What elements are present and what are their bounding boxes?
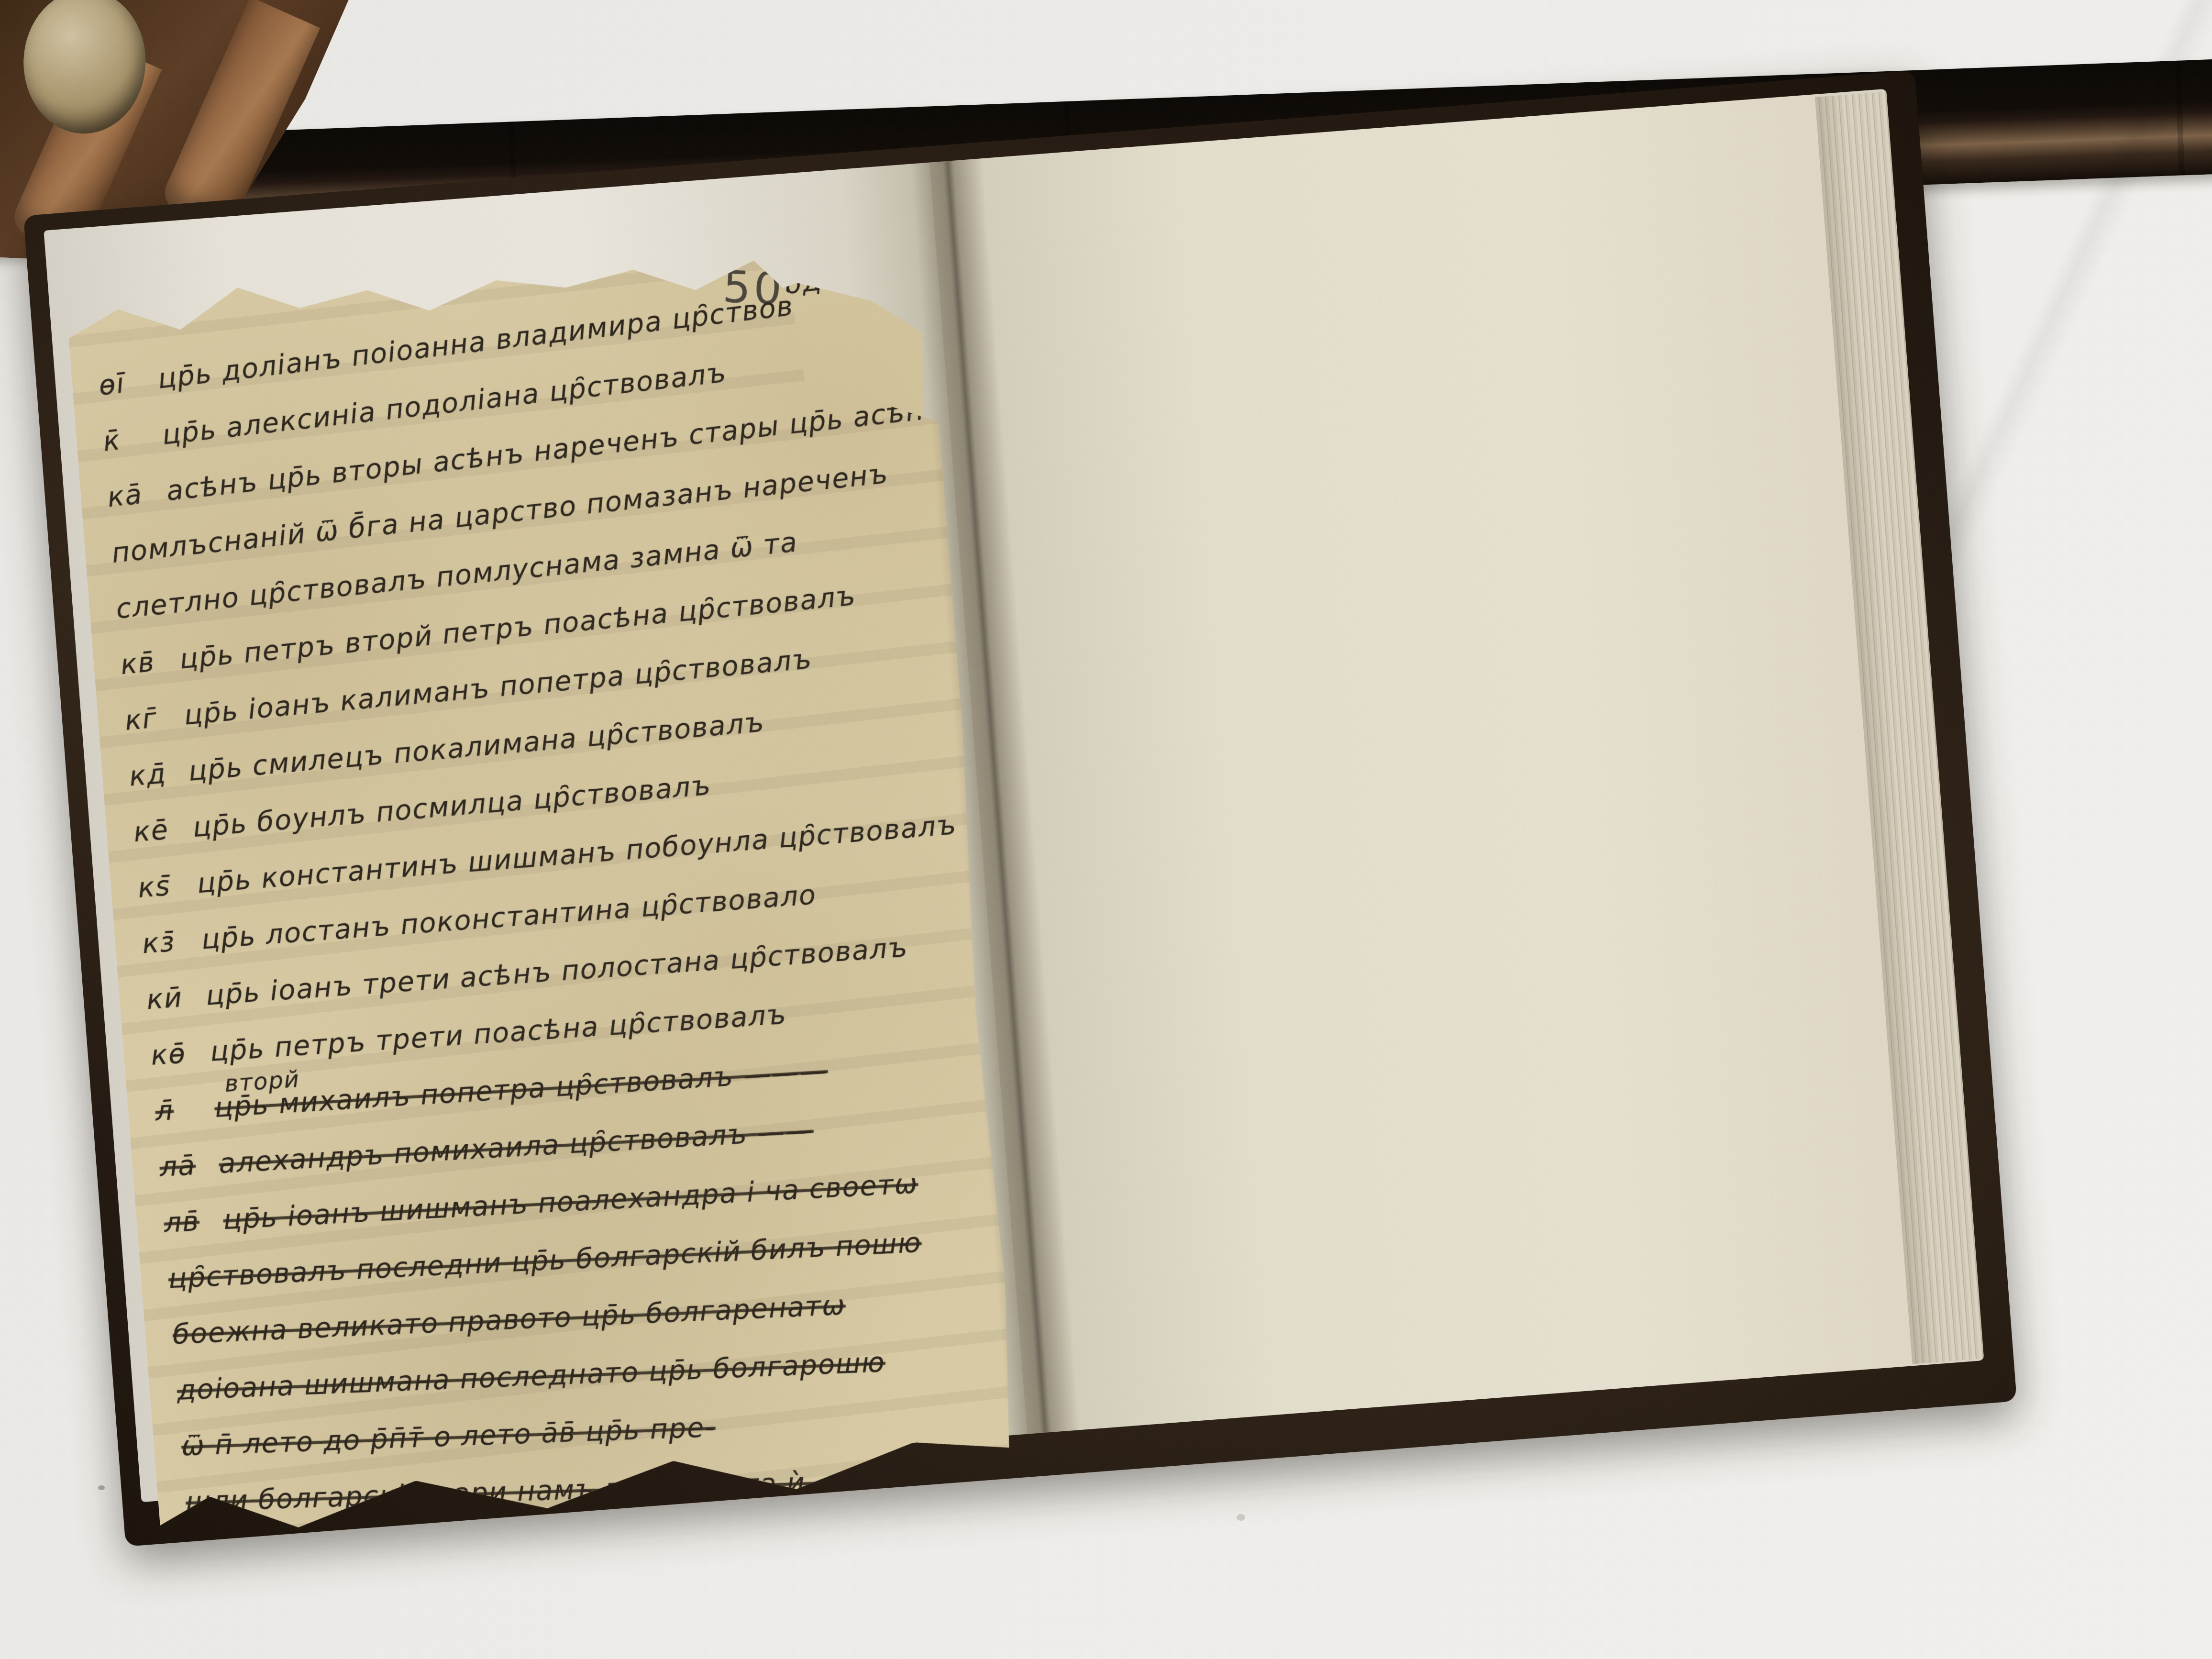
line-number: кӣ xyxy=(145,980,207,1016)
line-number: ке̄ xyxy=(133,812,194,848)
line-number: л̄ xyxy=(155,1092,216,1127)
line-number: кѳ̄ xyxy=(150,1036,211,1072)
line-number: кз̄ xyxy=(141,924,203,960)
right-page-lines: ѳі̄цр̄ь доліанъ поіоанна владимира цр̑ст… xyxy=(98,307,1010,1542)
dust-speck xyxy=(1237,1514,1245,1521)
right-manuscript-fragment: 50 ѳі̄цр̄ь доліанъ поіоанна владимира цр… xyxy=(66,235,1021,1550)
line-number: лв̄ xyxy=(163,1204,224,1239)
line-number: кд̄ xyxy=(128,756,189,792)
line-number: кв̄ xyxy=(119,644,181,681)
line-number: к̄ xyxy=(101,420,164,457)
line-number: кѕ̄ xyxy=(137,868,199,904)
right-page: 50 ѳі̄цр̄ь доліанъ поіоанна владимира цр… xyxy=(929,94,1913,1434)
page-block: ик првіи цр̄ь болгарскій покучръ асѣнъ п… xyxy=(44,89,1984,1503)
open-spread: ик првіи цр̄ь болгарскій покучръ асѣнъ п… xyxy=(44,94,1913,1502)
line-number: кг̄ xyxy=(123,700,185,737)
photo-of-open-manuscript-book: ик првіи цр̄ь болгарскій покучръ асѣнъ п… xyxy=(0,0,2212,1659)
line-number: ла̄ xyxy=(159,1148,220,1183)
dust-speck xyxy=(98,1485,105,1490)
open-book: ик првіи цр̄ь болгарскій покучръ асѣнъ п… xyxy=(23,70,2017,1547)
line-number: ѳі̄ xyxy=(97,364,160,402)
line-number: ка̄ xyxy=(106,476,168,513)
